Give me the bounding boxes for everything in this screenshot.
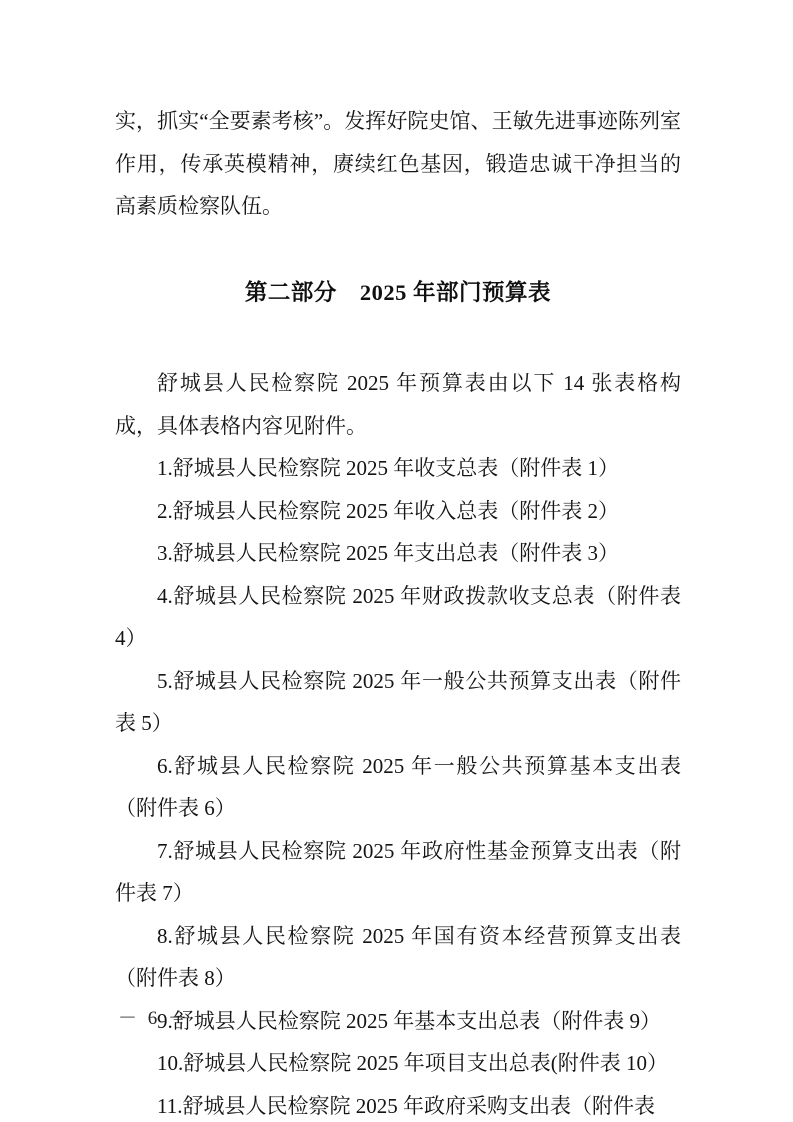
list-item: 7.舒城县人民检察院 2025 年政府性基金预算支出表（附件表 7） <box>115 830 681 915</box>
list-item: 9.舒城县人民检察院 2025 年基本支出总表（附件表 9） <box>115 1000 681 1043</box>
section-heading: 第二部分 2025 年部门预算表 <box>115 272 681 315</box>
document-page: 实，抓实“全要素考核”。发挥好院史馆、王敏先进事迹陈列室作用，传承英模精神，赓续… <box>0 0 793 1122</box>
budget-table-list: 1.舒城县人民检察院 2025 年收支总表（附件表 1） 2.舒城县人民检察院 … <box>115 447 681 1122</box>
list-item: 1.舒城县人民检察院 2025 年收支总表（附件表 1） <box>115 447 681 490</box>
list-item: 8.舒城县人民检察院 2025 年国有资本经营预算支出表（附件表 8） <box>115 915 681 1000</box>
list-item: 5.舒城县人民检察院 2025 年一般公共预算支出表（附件表 5） <box>115 660 681 745</box>
list-item: 10.舒城县人民检察院 2025 年项目支出总表(附件表 10） <box>115 1042 681 1085</box>
list-item: 3.舒城县人民检察院 2025 年支出总表（附件表 3） <box>115 532 681 575</box>
list-item: 4.舒城县人民检察院 2025 年财政拨款收支总表（附件表 4） <box>115 575 681 660</box>
list-item: 11.舒城县人民检察院 2025 年政府采购支出表（附件表 <box>115 1085 681 1122</box>
intro-paragraph: 舒城县人民检察院 2025 年预算表由以下 14 张表格构成，具体表格内容见附件… <box>115 362 681 447</box>
list-item: 6.舒城县人民检察院 2025 年一般公共预算基本支出表（附件表 6） <box>115 745 681 830</box>
page-number: － 6 － <box>118 998 190 1041</box>
continuation-paragraph: 实，抓实“全要素考核”。发挥好院史馆、王敏先进事迹陈列室作用，传承英模精神，赓续… <box>115 100 681 228</box>
list-item: 2.舒城县人民检察院 2025 年收入总表（附件表 2） <box>115 490 681 533</box>
